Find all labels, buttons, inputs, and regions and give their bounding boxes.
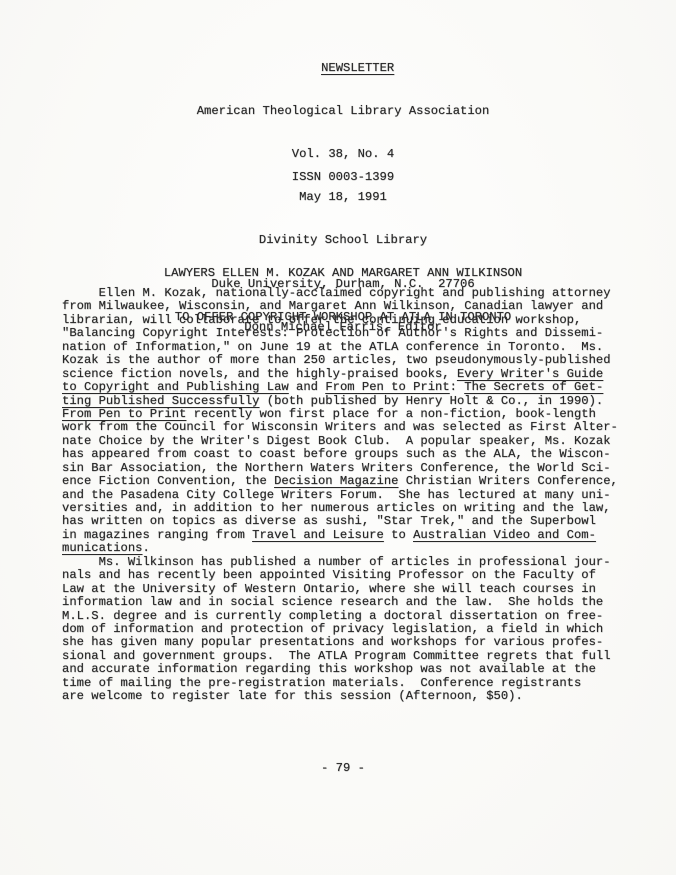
body-line: M.L.S. degree and is currently completin… <box>62 610 618 623</box>
issn-line: ISSN 0003-1399 <box>10 170 676 184</box>
body-text: M.L.S. degree and is currently completin… <box>62 609 603 623</box>
body-text: librarian, will collaborate to offer the… <box>62 313 581 327</box>
body-text: Christian Writers Conference, <box>398 474 617 488</box>
page-number: - 79 - <box>10 761 676 775</box>
body-text: versities and, in addition to her numero… <box>62 501 611 515</box>
body-line: nals and has recently been appointed Vis… <box>62 569 618 582</box>
body-line: Ms. Wilkinson has published a number of … <box>62 556 618 569</box>
body-text: Ellen M. Kozak, nationally-acclaimed cop… <box>62 286 611 300</box>
body-line: nate Choice by the Writer's Digest Book … <box>62 435 618 448</box>
body-text: nation of Information," on June 19 at th… <box>62 340 603 354</box>
body-text: from Milwaukee, Wisconsin, and Margaret … <box>62 299 603 313</box>
underlined-text: to Copyright and Publishing Law <box>62 380 289 394</box>
body-line: Law at the University of Western Ontario… <box>62 583 618 596</box>
body-text: work from the Council for Wisconsin Writ… <box>62 420 618 434</box>
body-line: versities and, in addition to her numero… <box>62 502 618 515</box>
body-text: has written on topics as diverse as sush… <box>62 514 596 528</box>
article-body: Ellen M. Kozak, nationally-acclaimed cop… <box>62 287 618 704</box>
paragraph: Ms. Wilkinson has published a number of … <box>62 556 618 704</box>
body-text: (both published by Henry Holt & Co., in … <box>259 394 603 408</box>
body-text: nate Choice by the Writer's Digest Book … <box>62 434 611 448</box>
body-line: nation of Information," on June 19 at th… <box>62 341 618 354</box>
underlined-text: Every Writer's Guide <box>457 367 603 381</box>
body-text: time of mailing the pre-registration mat… <box>62 676 581 690</box>
underlined-text: Travel and Leisure <box>252 528 384 542</box>
body-text: in magazines ranging from <box>62 528 252 542</box>
body-line: "Balancing Copyright Interests: Protecti… <box>62 327 618 340</box>
body-line: dom of information and protection of pri… <box>62 623 618 636</box>
body-line: to Copyright and Publishing Law and From… <box>62 381 618 394</box>
body-text: recently won first place for a non-ficti… <box>186 407 596 421</box>
body-text: sional and government groups. The ATLA P… <box>62 649 611 663</box>
body-line: information law and in social science re… <box>62 596 618 609</box>
body-text: and accurate information regarding this … <box>62 662 596 676</box>
masthead-volume-line: Vol. 38, No. 4 <box>10 147 676 161</box>
body-text: and <box>289 380 326 394</box>
body-text: sin Bar Association, the Northern Waters… <box>62 461 611 475</box>
body-line: Ellen M. Kozak, nationally-acclaimed cop… <box>62 287 618 300</box>
paragraph: Ellen M. Kozak, nationally-acclaimed cop… <box>62 287 618 556</box>
newsletter-title-text: NEWSLETTER <box>321 61 394 75</box>
body-text: "Balancing Copyright Interests: Protecti… <box>62 326 603 340</box>
underlined-text: From Pen to Print <box>62 407 186 421</box>
body-line: science fiction novels, and the highly-p… <box>62 368 618 381</box>
body-text: Kozak is the author of more than 250 art… <box>62 353 611 367</box>
body-text: has appeared from coast to coast before … <box>62 447 611 461</box>
body-text: . <box>142 541 149 555</box>
body-line: librarian, will collaborate to offer the… <box>62 314 618 327</box>
body-line: she has given many popular presentations… <box>62 636 618 649</box>
underlined-text: Australian Video and Com- <box>413 528 596 542</box>
body-text: information law and in social science re… <box>62 595 603 609</box>
body-line: and accurate information regarding this … <box>62 663 618 676</box>
body-line: from Milwaukee, Wisconsin, and Margaret … <box>62 300 618 313</box>
body-line: work from the Council for Wisconsin Writ… <box>62 421 618 434</box>
underlined-text: Decision Magazine <box>274 474 398 488</box>
body-text: she has given many popular presentations… <box>62 635 603 649</box>
masthead-org-line: American Theological Library Association <box>10 104 676 118</box>
body-text: Law at the University of Western Ontario… <box>62 582 596 596</box>
body-line: in magazines ranging from Travel and Lei… <box>62 529 618 542</box>
body-text: dom of information and protection of pri… <box>62 622 603 636</box>
body-line: ence Fiction Convention, the Decision Ma… <box>62 475 618 488</box>
body-line: From Pen to Print recently won first pla… <box>62 408 618 421</box>
body-text: ence Fiction Convention, the <box>62 474 274 488</box>
body-line: has appeared from coast to coast before … <box>62 448 618 461</box>
underlined-text: From Pen to Print <box>325 380 449 394</box>
body-line: and the Pasadena City College Writers Fo… <box>62 489 618 502</box>
body-text: to <box>384 528 413 542</box>
body-text: : <box>450 380 465 394</box>
body-text: nals and has recently been appointed Vis… <box>62 568 596 582</box>
document-page: NEWSLETTER American Theological Library … <box>0 0 676 875</box>
body-line: munications. <box>62 542 618 555</box>
body-line: are welcome to register late for this se… <box>62 690 618 703</box>
body-line: has written on topics as diverse as sush… <box>62 515 618 528</box>
article-heading-line-1: LAWYERS ELLEN M. KOZAK AND MARGARET ANN … <box>10 266 676 281</box>
underlined-text: The Secrets of Get- <box>464 380 603 394</box>
masthead-date-line: May 18, 1991 <box>10 190 676 204</box>
body-text: and the Pasadena City College Writers Fo… <box>62 488 611 502</box>
body-text: science fiction novels, and the highly-p… <box>62 367 457 381</box>
body-text: are welcome to register late for this se… <box>62 689 523 703</box>
body-line: ting Published Successfully (both publis… <box>62 395 618 408</box>
body-line: time of mailing the pre-registration mat… <box>62 677 618 690</box>
body-line: sional and government groups. The ATLA P… <box>62 650 618 663</box>
body-line: sin Bar Association, the Northern Waters… <box>62 462 618 475</box>
underlined-text: munications <box>62 541 142 555</box>
underlined-text: ting Published Successfully <box>62 394 259 408</box>
body-line: Kozak is the author of more than 250 art… <box>62 354 618 367</box>
body-text: Ms. Wilkinson has published a number of … <box>62 555 611 569</box>
